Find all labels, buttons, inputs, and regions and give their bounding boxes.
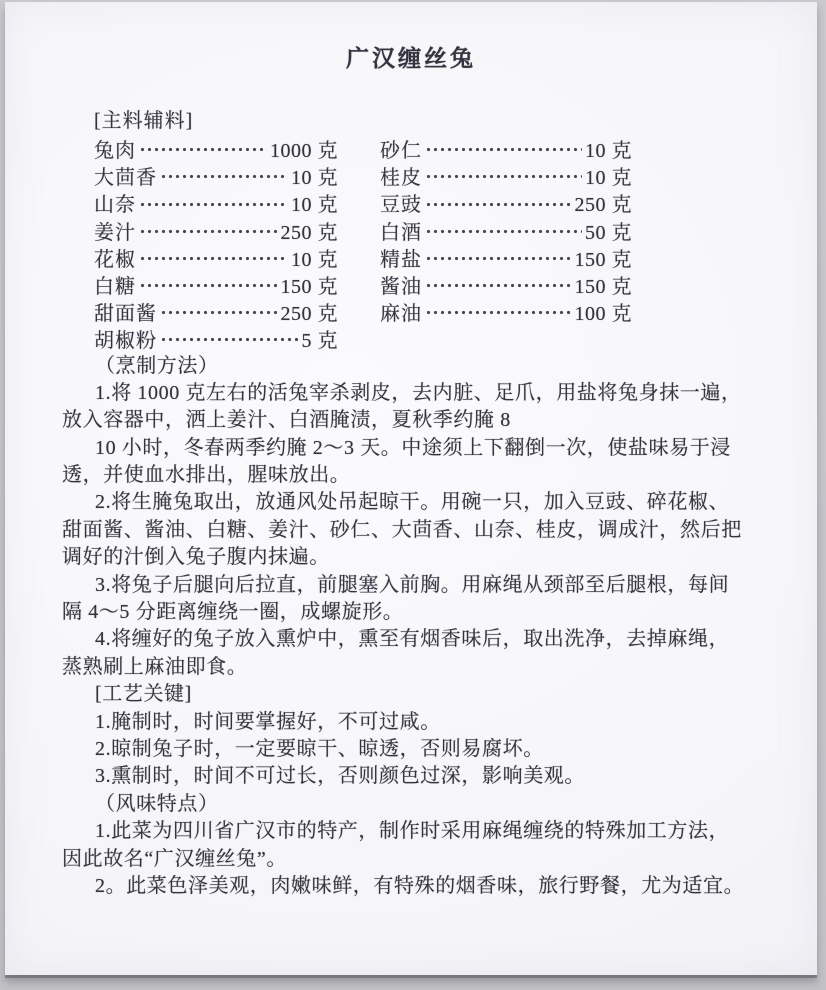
flavor-section: 1.此菜为四川省广汉市的特产，制作时采用麻绳缠绕的特殊加工方法， 因此故名“广汉… xyxy=(62,818,774,900)
ingredient-name: 兔肉 xyxy=(94,134,136,163)
dot-leader xyxy=(139,220,278,240)
method-line: 4.将缠好的兔子放入熏炉中，熏至有烟香味后，取出洗净，去掉麻绳， xyxy=(62,626,774,653)
method-line: 2.将生腌兔取出，放通风处吊起晾干。用碗一只，加入豆豉、碎花椒、 xyxy=(62,489,774,516)
ingredient-row: 山奈 10 克 xyxy=(94,189,338,216)
ingredients-left-column: 兔肉 1000 克 大茴香 10 克 山奈 10 克 xyxy=(94,135,338,353)
ingredient-name: 甜面酱 xyxy=(94,297,157,326)
ingredient-name: 豆豉 xyxy=(380,188,422,217)
method-section: 1.将 1000 克左右的活兔宰杀剥皮，去内脏、足爪，用盐将兔身抹一遍， 放入容… xyxy=(62,380,774,681)
craft-line: 3.熏制时，时间不可过长，否则颜色过深，影响美观。 xyxy=(62,763,774,790)
method-line: 调好的汁倒入兔子腹内抹遍。 xyxy=(62,544,774,571)
ingredient-name: 胡椒粉 xyxy=(94,324,157,353)
ingredient-row: 花椒 10 克 xyxy=(94,244,338,271)
ingredient-amount: 10 克 xyxy=(291,161,338,190)
dot-leader xyxy=(425,302,572,322)
ingredient-amount: 10 克 xyxy=(585,134,632,163)
method-line: 透，并使血水排出，腥味放出。 xyxy=(62,462,774,489)
flavor-line: 2。此菜色泽美观，肉嫩味鲜，有特殊的烟香味，旅行野餐，尤为适宜。 xyxy=(62,873,774,900)
ingredient-amount: 250 克 xyxy=(281,297,339,326)
ingredient-row: 大茴香 10 克 xyxy=(94,162,338,189)
ingredient-row: 胡椒粉 5 克 xyxy=(94,325,338,352)
document-page: 广汉缠丝兔 [主料辅料] 兔肉 1000 克 大茴香 10 克 xyxy=(5,2,817,975)
ingredient-amount: 10 克 xyxy=(291,243,338,272)
dot-leader xyxy=(139,193,288,213)
ingredient-row: 白酒 50 克 xyxy=(380,217,632,244)
ingredient-amount: 150 克 xyxy=(575,243,633,272)
ingredient-row: 精盐 150 克 xyxy=(380,244,632,271)
dot-leader xyxy=(425,275,572,295)
method-line: 甜面酱、酱油、白糖、姜汁、砂仁、大茴香、山奈、桂皮，调成汁，然后把 xyxy=(62,517,774,544)
dot-leader xyxy=(425,139,582,159)
dot-leader xyxy=(160,329,299,349)
ingredient-name: 花椒 xyxy=(94,243,136,272)
ingredient-name: 精盐 xyxy=(380,243,422,272)
ingredient-name: 酱油 xyxy=(380,270,422,299)
ingredients-right-column: 砂仁 10 克 桂皮 10 克 豆豉 250 克 xyxy=(380,135,632,325)
dot-leader xyxy=(425,220,582,240)
ingredient-row: 砂仁 10 克 xyxy=(380,135,632,162)
dot-leader xyxy=(139,139,267,159)
ingredients-section-header: [主料辅料] xyxy=(62,108,774,135)
dot-leader xyxy=(160,302,278,322)
ingredient-amount: 10 克 xyxy=(585,161,632,190)
dot-leader xyxy=(139,275,278,295)
dot-leader xyxy=(425,247,572,267)
ingredient-name: 麻油 xyxy=(380,297,422,326)
ingredient-amount: 250 克 xyxy=(575,188,633,217)
ingredient-row: 白糖 150 克 xyxy=(94,271,338,298)
method-line: 放入容器中，洒上姜汁、白酒腌渍，夏秋季约腌 8 xyxy=(62,407,774,434)
page-title: 广汉缠丝兔 xyxy=(5,44,817,74)
craft-section: 1.腌制时，时间要掌握好，不可过咸。 2.晾制兔子时，一定要晾干、晾透，否则易腐… xyxy=(62,709,774,791)
method-line: 隔 4～5 分距离缠绕一圈，成螺旋形。 xyxy=(62,599,774,626)
ingredient-amount: 150 克 xyxy=(575,270,633,299)
flavor-line: 1.此菜为四川省广汉市的特产，制作时采用麻绳缠绕的特殊加工方法， xyxy=(62,818,774,845)
ingredient-amount: 10 克 xyxy=(291,188,338,217)
text-block: [主料辅料] 兔肉 1000 克 大茴香 10 克 xyxy=(62,108,774,900)
flavor-line: 因此故名“广汉缠丝兔”。 xyxy=(62,846,774,873)
ingredient-row: 麻油 100 克 xyxy=(380,298,632,325)
ingredient-amount: 250 克 xyxy=(281,216,339,245)
method-line: 1.将 1000 克左右的活兔宰杀剥皮，去内脏、足爪，用盐将兔身抹一遍， xyxy=(62,380,774,407)
ingredient-name: 白酒 xyxy=(380,216,422,245)
flavor-section-header: （风味特点） xyxy=(62,791,774,818)
ingredient-row: 豆豉 250 克 xyxy=(380,189,632,216)
dot-leader xyxy=(160,166,288,186)
ingredient-amount: 150 克 xyxy=(281,270,339,299)
method-line: 10 小时，冬春两季约腌 2～3 天。中途须上下翻倒一次，使盐味易于浸 xyxy=(62,435,774,462)
ingredient-amount: 5 克 xyxy=(302,324,339,353)
dot-leader xyxy=(139,247,288,267)
ingredient-amount: 100 克 xyxy=(575,297,633,326)
ingredient-name: 桂皮 xyxy=(380,161,422,190)
ingredient-row: 桂皮 10 克 xyxy=(380,162,632,189)
ingredient-name: 大茴香 xyxy=(94,161,157,190)
ingredient-amount: 1000 克 xyxy=(270,134,338,163)
craft-line: 1.腌制时，时间要掌握好，不可过咸。 xyxy=(62,709,774,736)
ingredient-amount: 50 克 xyxy=(585,216,632,245)
ingredient-row: 甜面酱 250 克 xyxy=(94,298,338,325)
ingredient-row: 酱油 150 克 xyxy=(380,271,632,298)
craft-line: 2.晾制兔子时，一定要晾干、晾透，否则易腐坏。 xyxy=(62,736,774,763)
dot-leader xyxy=(425,166,582,186)
ingredient-name: 白糖 xyxy=(94,270,136,299)
method-section-header: （烹制方法） xyxy=(62,353,774,380)
ingredient-name: 砂仁 xyxy=(380,134,422,163)
ingredient-name: 山奈 xyxy=(94,188,136,217)
craft-section-header: [工艺关键] xyxy=(62,681,774,708)
dot-leader xyxy=(425,193,572,213)
method-line: 蒸熟刷上麻油即食。 xyxy=(62,654,774,681)
ingredient-name: 姜汁 xyxy=(94,216,136,245)
ingredient-row: 姜汁 250 克 xyxy=(94,217,338,244)
ingredient-row: 兔肉 1000 克 xyxy=(94,135,338,162)
ingredients-table: 兔肉 1000 克 大茴香 10 克 山奈 10 克 xyxy=(94,135,774,353)
method-line: 3.将兔子后腿向后拉直，前腿塞入前胸。用麻绳从颈部至后腿根，每间 xyxy=(62,572,774,599)
